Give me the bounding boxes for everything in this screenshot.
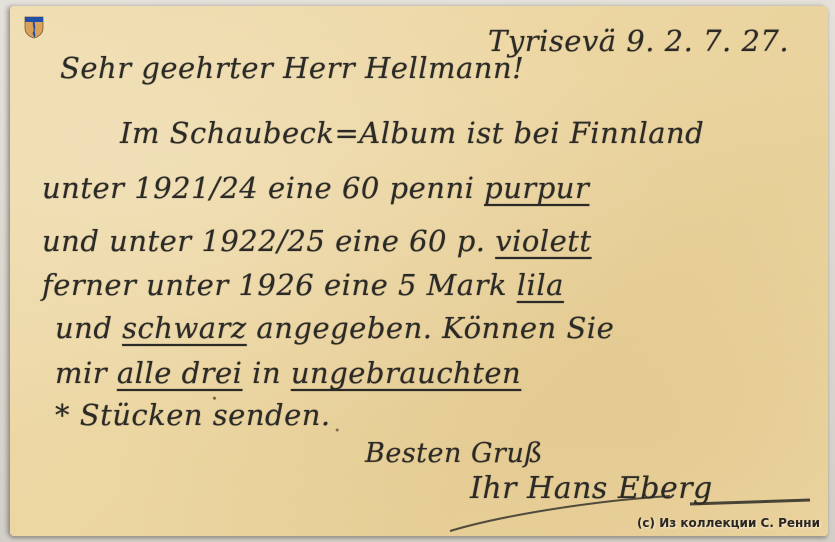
scan-frame: Tyrisevä 9. 2. 7. 27. Sehr geehrter Herr… — [0, 0, 835, 542]
copyright-watermark: (c) Из коллекции С. Ренни — [637, 516, 820, 530]
underlined-schwarz: schwarz — [122, 311, 247, 345]
body-line-7: * Stücken senden. — [55, 398, 331, 432]
body-line-1: Im Schaubeck=Album ist bei Finnland — [120, 116, 704, 150]
body-line-5-und: und — [55, 311, 112, 345]
body-line-2: unter 1921/24 eine 60 penni purpur — [42, 171, 589, 205]
body-line-5: und schwarz angegeben. Können Sie — [55, 311, 614, 345]
body-line-3-text: und unter 1922/25 eine 60 p. — [42, 224, 485, 258]
salutation: Sehr geehrter Herr Hellmann! — [60, 51, 524, 85]
body-line-5-text: angegeben. Können Sie — [256, 311, 614, 345]
body-line-2-text: unter 1921/24 eine 60 penni — [42, 171, 474, 205]
body-line-6: mir alle drei in ungebrauchten — [55, 356, 521, 390]
underlined-lila: lila — [517, 268, 564, 302]
underlined-ungebrauchten: ungebrauchten — [291, 356, 521, 390]
underlined-alle-drei: alle drei — [117, 356, 243, 390]
body-line-6-in: in — [252, 356, 281, 390]
place-date: Tyrisevä 9. 2. 7. 27. — [488, 24, 789, 58]
body-line-6-mir: mir — [55, 356, 107, 390]
underlined-violett: violett — [495, 224, 591, 258]
body-line-4-text: ferner unter 1926 eine 5 Mark — [42, 268, 507, 302]
closing: Besten Gruß — [365, 438, 543, 469]
body-line-4: ferner unter 1926 eine 5 Mark lila — [42, 268, 564, 302]
underlined-purpur: purpur — [484, 171, 589, 205]
postcard: Tyrisevä 9. 2. 7. 27. Sehr geehrter Herr… — [10, 6, 828, 536]
body-line-3: und unter 1922/25 eine 60 p. violett — [42, 224, 592, 258]
coat-of-arms-icon — [24, 16, 44, 39]
